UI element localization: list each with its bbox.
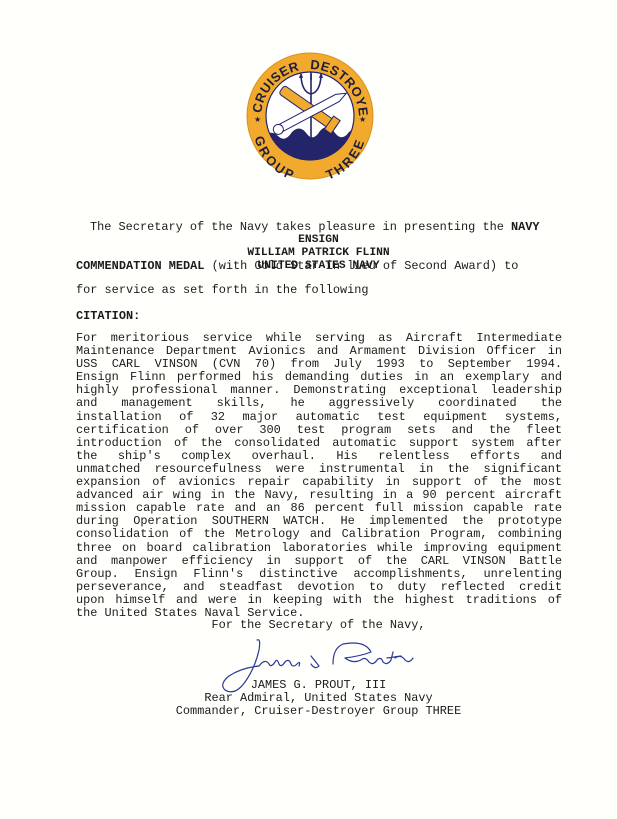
recipient-rank: ENSIGN [76, 234, 561, 247]
citation-line: perseverance, and steadfast devotion to … [76, 581, 562, 594]
citation-line: and management skills, he aggressively c… [76, 397, 562, 410]
citation-line: and manpower efficiency in support of th… [76, 555, 562, 568]
recipient-service: UNITED STATES NAVY [76, 260, 561, 273]
signer-block: JAMES G. PROUT, III Rear Admiral, United… [76, 679, 561, 718]
intro-line1-prefix: The Secretary of the Navy takes pleasure… [90, 220, 511, 234]
service-line: for service as set forth in the followin… [76, 284, 561, 297]
citation-body: For meritorious service while serving as… [76, 332, 562, 620]
intro-line1-bold: NAVY [511, 220, 540, 234]
signer-command: Commander, Cruiser-Destroyer Group THREE [76, 705, 561, 718]
citation-line: the ship's complex overhaul. His relentl… [76, 450, 562, 463]
citation-label: CITATION: [76, 310, 561, 323]
recipient-name: WILLIAM PATRICK FLINN [76, 247, 561, 260]
citation-line: consolidation of the Metrology and Calib… [76, 528, 562, 541]
citation-line: introduction of the consolidated automat… [76, 437, 562, 450]
cruiser-destroyer-group-three-emblem-icon: CRUISER DESTROYER GROUP THREE ★ ★ [245, 48, 375, 184]
citation-line: upon himself and were in keeping with th… [76, 594, 562, 607]
closing-line: For the Secretary of the Navy, [76, 618, 561, 632]
citation-line: Group. Ensign Flinn's distinctive accomp… [76, 568, 562, 581]
citation-line: three on board calibration laboratories … [76, 542, 562, 555]
recipient-block: ENSIGN WILLIAM PATRICK FLINN UNITED STAT… [76, 234, 561, 274]
svg-text:★: ★ [254, 115, 261, 124]
citation-line: certification of over 300 test program s… [76, 424, 562, 437]
svg-text:★: ★ [359, 115, 366, 124]
citation-line: installation of 32 major automatic test … [76, 411, 562, 424]
